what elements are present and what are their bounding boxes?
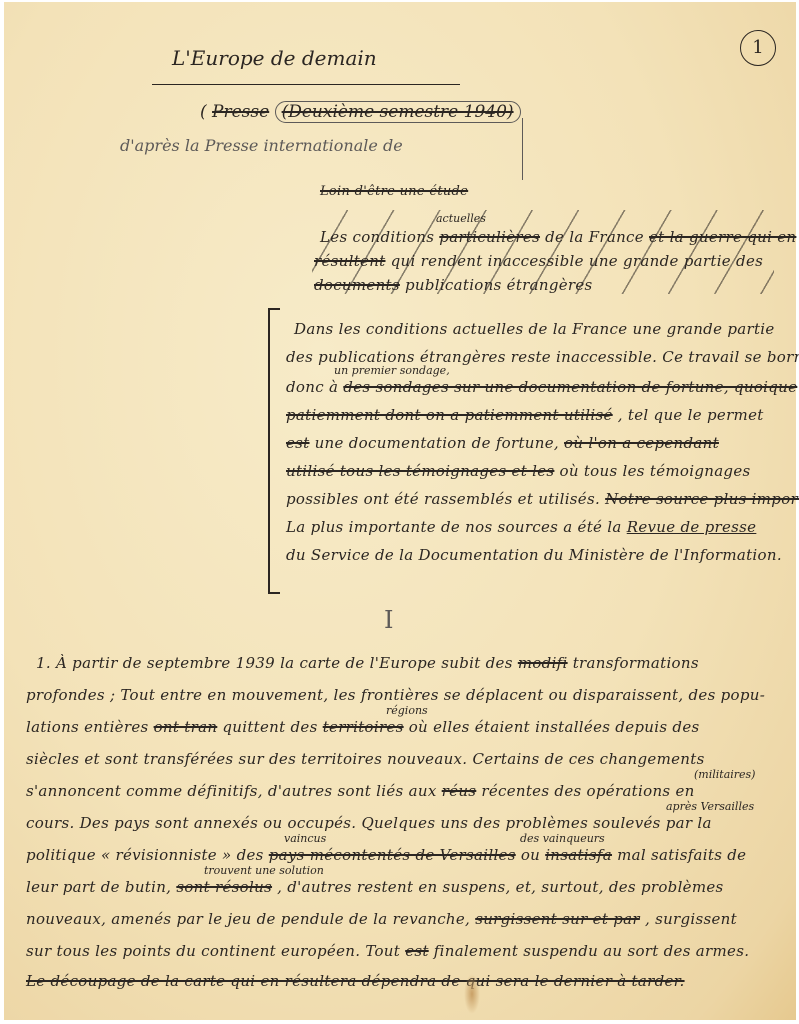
title-underline: [152, 84, 460, 85]
paper-stain: [464, 974, 480, 1014]
struck-heading: Loin d'être une étude: [320, 184, 468, 199]
subtitle-date: (Deuxième semestre 1940): [275, 101, 521, 123]
manuscript-page: 1 L'Europe de demain ( Presse (Deuxième …: [4, 2, 796, 1020]
struck-word: Presse: [212, 102, 269, 122]
pencil-bracket: [516, 118, 523, 180]
page-title: L'Europe de demain: [172, 46, 377, 70]
underlined-source: Revue de presse: [627, 518, 757, 536]
subtitle: ( Presse (Deuxième semestre 1940): [200, 102, 521, 122]
pencil-annotation: d'après la Presse internationale de: [120, 136, 403, 155]
margin-bracket: [268, 308, 280, 594]
section-heading: I: [384, 606, 393, 634]
page-number: 1: [740, 30, 776, 66]
